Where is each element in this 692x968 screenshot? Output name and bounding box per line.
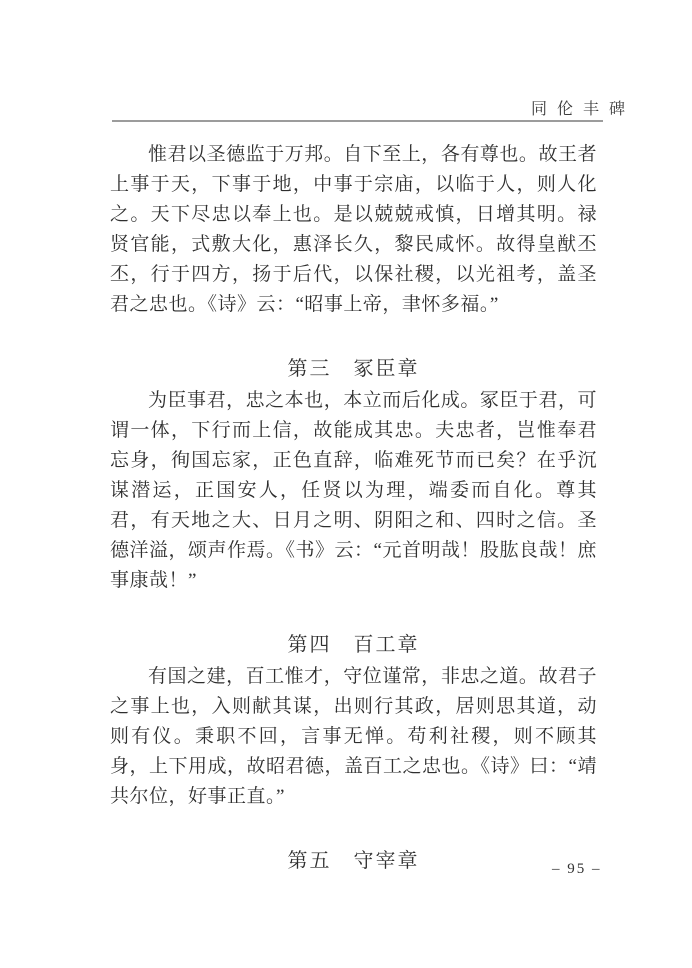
paragraph-baigong-chapter: 有国之建，百工惟才，守位谨常，非忠之道。故君子之事上也，入则献其谋，出则行其政，… xyxy=(110,662,597,812)
paragraph-zhongchen-chapter: 为臣事君，忠之本也，本立而后化成。冢臣于君，可谓一体，下行而上信，故能成其忠。夫… xyxy=(110,386,597,596)
header-rule-divider xyxy=(112,120,603,122)
page-number: – 95 – xyxy=(552,861,602,878)
chapter-heading-zhongchen: 第三 冢臣章 xyxy=(110,354,597,384)
book-page: 同伦丰碑 惟君以圣德监于万邦。自下至上，各有尊也。故王者上事于天，下事于地，中事… xyxy=(0,0,692,968)
paragraph-shengjun-chapter: 惟君以圣德监于万邦。自下至上，各有尊也。故王者上事于天，下事于地，中事于宗庙，以… xyxy=(110,140,597,320)
chapter-heading-baigong: 第四 百工章 xyxy=(110,630,597,660)
chapter-heading-shouzai: 第五 守宰章 xyxy=(110,846,597,876)
running-header: 同伦丰碑 xyxy=(531,96,635,119)
text-block: 惟君以圣德监于万邦。自下至上，各有尊也。故王者上事于天，下事于地，中事于宗庙，以… xyxy=(110,140,597,878)
